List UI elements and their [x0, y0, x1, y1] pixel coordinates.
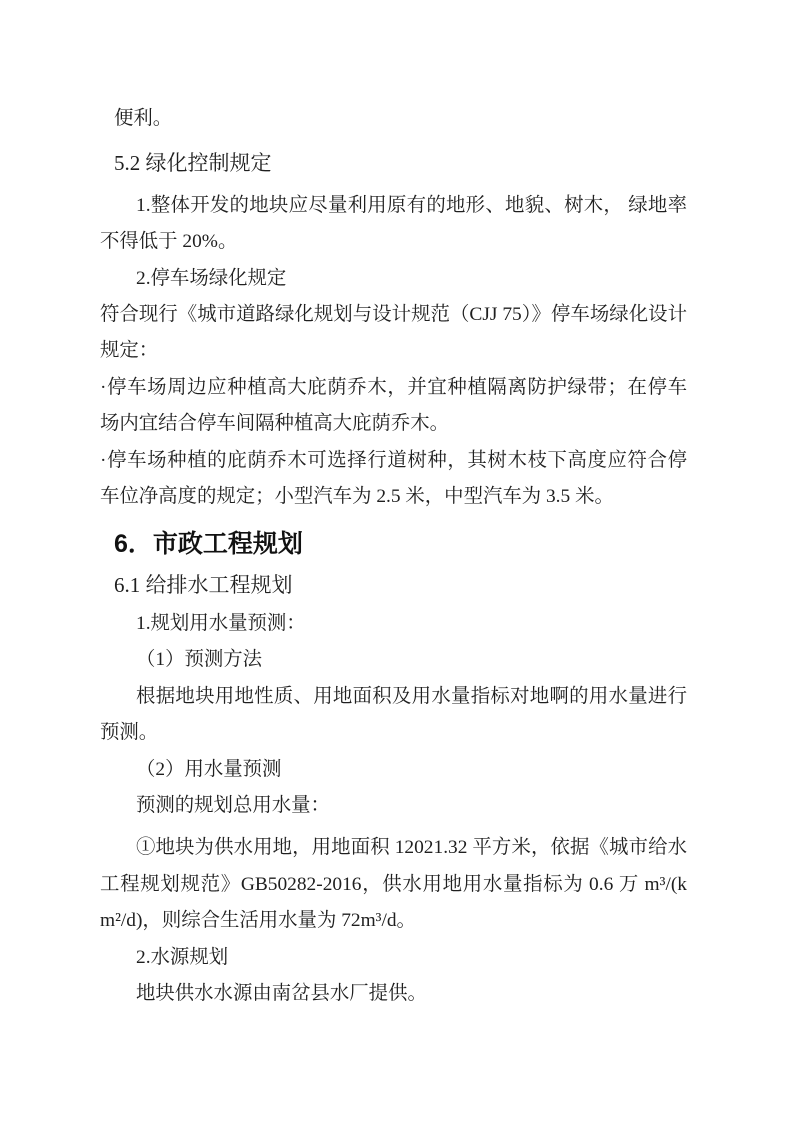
- water-demand-forecast-item: 1.规划用水量预测：: [100, 606, 687, 642]
- greening-rule-item-1: 1.整体开发的地块应尽量利用原有的地形、地貌、树木， 绿地率不得低于 20%。: [100, 188, 687, 261]
- document-page: 便利。 5.2 绿化控制规定 1.整体开发的地块应尽量利用原有的地形、地貌、树木…: [0, 0, 793, 1122]
- parking-greening-standard-intro: 符合现行《城市道路绿化规划与设计规范（CJJ 75）》停车场绿化设计规定：: [100, 297, 687, 370]
- water-source-provider-body: 地块供水水源由南岔县水厂提供。: [100, 976, 687, 1012]
- water-consumption-forecast-item: （2）用水量预测: [100, 752, 687, 788]
- chapter-heading-6-municipal-engineering: 6．市政工程规划: [100, 523, 687, 565]
- parking-greening-bullet-1: ·停车场周边应种植高大庇荫乔木，并宜种植隔离防护绿带；在停车场内宜结合停车间隔种…: [100, 370, 687, 443]
- water-source-planning-item: 2.水源规划: [100, 940, 687, 976]
- planned-total-water-intro: 预测的规划总用水量：: [100, 788, 687, 824]
- greening-rule-item-2: 2.停车场绿化规定: [100, 261, 687, 297]
- section-heading-6-1-water-supply-drainage: 6.1 给排水工程规划: [100, 567, 687, 603]
- section-heading-5-2-greening-control: 5.2 绿化控制规定: [100, 145, 687, 181]
- parking-greening-bullet-2: ·停车场种植的庇荫乔木可选择行道树种，其树木枝下高度应符合停车位净高度的规定；小…: [100, 443, 687, 516]
- water-supply-calculation-body: ①地块为供水用地，用地面积 12021.32 平方米，依据《城市给水工程规划规范…: [100, 830, 687, 939]
- continued-paragraph-convenience: 便利。: [100, 101, 687, 137]
- forecast-method-body: 根据地块用地性质、用地面积及用水量指标对地啊的用水量进行预测。: [100, 679, 687, 752]
- forecast-method-item: （1）预测方法: [100, 642, 687, 678]
